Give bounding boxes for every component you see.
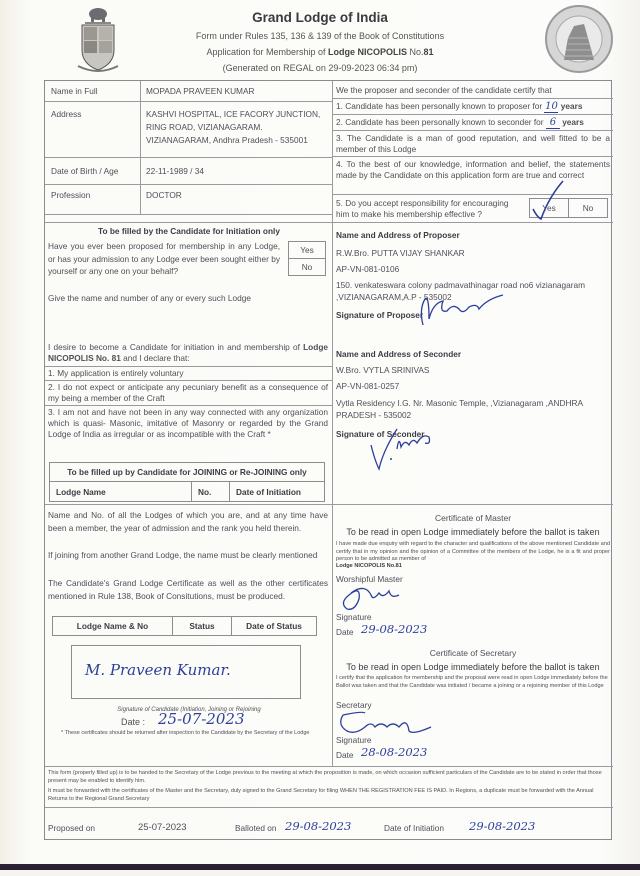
master-date-value: 29-08-2023 <box>361 622 427 636</box>
initiation-section: To be filled by the Candidate for Initia… <box>45 223 333 503</box>
date-of-initiation-label: Date of Initiation <box>384 823 444 834</box>
accept-no-option[interactable]: No <box>568 198 608 218</box>
regional-grand-lodge-seal-icon <box>544 4 614 74</box>
seconder-section: Name and Address of Seconder W.Bro. VYTL… <box>333 343 613 503</box>
secretary-signature <box>335 709 435 737</box>
declaration-intro: I desire to become a Candidate for initi… <box>48 342 328 364</box>
declaration-2: 2. I do not expect or anticipate any pec… <box>48 382 328 404</box>
seconder-address-2: PRADESH - 535002 <box>336 410 411 421</box>
balloted-on-value: 29-08-2023 <box>285 819 351 833</box>
proposer-years-value: 10 <box>544 101 558 113</box>
secretary-certificate: Certificate of Secretary To be read in o… <box>333 645 613 767</box>
lodges-col-date-status: Date of Status <box>231 616 317 636</box>
balloted-on-label: Balloted on <box>235 823 277 834</box>
give-lodge-name-label: Give the name and number of any or every… <box>48 293 251 304</box>
seconder-address-1: Vytla Residency I.G. Nr. Masonic Temple,… <box>336 398 583 409</box>
master-cert-subtitle: To be read in open Lodge immediately bef… <box>333 527 613 538</box>
candidate-details-table: Name in Full MOPADA PRAVEEN KUMAR Addres… <box>45 81 333 215</box>
proposer-signature-label: Signature of Proposer <box>336 310 423 321</box>
secretary-date-label: Date <box>336 750 354 761</box>
joining-table-heading: To be filled up by Candidate for JOINING… <box>49 462 325 482</box>
certify-item-3: 3. The Candidate is a man of good reputa… <box>336 133 610 155</box>
candidate-signature: M. Praveen Kumar. <box>85 661 231 679</box>
footer-note-1: This form (properly filled up) is to be … <box>48 770 610 785</box>
secretary-cert-subtitle: To be read in open Lodge immediately bef… <box>333 662 613 673</box>
master-cert-body: I have made due enquiry with regard to t… <box>336 541 610 564</box>
lodges-col-status: Status <box>172 616 232 636</box>
seconder-years-value: 6 <box>546 117 560 129</box>
lodges-para-3: The Candidate's Grand Lodge Certificate … <box>48 577 328 602</box>
certify-item-1: 1. Candidate has been personally known t… <box>336 101 612 113</box>
proposed-before-no[interactable]: No <box>288 258 326 276</box>
master-cert-title: Certificate of Master <box>333 513 613 524</box>
proposer-name: R.W.Bro. PUTTA VIJAY SHANKAR <box>336 248 465 259</box>
declaration-1: 1. My application is entirely voluntary <box>48 368 184 379</box>
address-label: Address <box>51 109 81 120</box>
candidate-name: MOPADA PRAVEEN KUMAR <box>146 86 255 97</box>
secretary-date-value: 28-08-2023 <box>361 745 427 759</box>
secretary-cert-title: Certificate of Secretary <box>333 648 613 659</box>
certification-section: We the proposer and seconder of the cand… <box>333 81 613 223</box>
name-label: Name in Full <box>51 86 98 97</box>
master-date-label: Date <box>336 627 354 638</box>
lodges-para-1: Name and No. of all the Lodges of which … <box>48 509 328 534</box>
candidate-date-value: 25-07-2023 <box>158 710 244 728</box>
lodges-col-lodge-name-no: Lodge Name & No <box>52 616 173 636</box>
address-line-2: RING ROAD, VIZIANAGARAM. <box>146 122 263 133</box>
certify-item-2: 2. Candidate has been personally known t… <box>336 117 612 129</box>
master-cert-lodge: Lodge NICOPOLIS No.81 <box>336 563 402 571</box>
profession-label: Profession <box>51 190 90 201</box>
application-form: Name in Full MOPADA PRAVEEN KUMAR Addres… <box>44 80 612 840</box>
address-line-3: VIZIANAGARAM, Andhra Pradesh - 535001 <box>146 135 308 146</box>
proposer-section: Name and Address of Proposer R.W.Bro. PU… <box>333 223 613 343</box>
lodges-section: Name and No. of all the Lodges of which … <box>45 505 333 767</box>
profession-value: DOCTOR <box>146 190 182 201</box>
certify-intro: We the proposer and seconder of the cand… <box>336 85 552 96</box>
master-signature <box>337 581 407 615</box>
certificates-note: * These certificates should be returned … <box>61 730 321 737</box>
initiation-question: Have you ever been proposed for membersh… <box>48 240 280 278</box>
initiation-heading: To be filled by the Candidate for Initia… <box>45 226 333 237</box>
lodges-para-2: If joining from another Grand Lodge, the… <box>48 549 328 562</box>
joining-col-date-initiation: Date of Initiation <box>229 481 325 502</box>
proposed-on-value: 25-07-2023 <box>138 822 187 833</box>
candidate-date-label: Date : <box>121 717 145 728</box>
dob-label: Date of Birth / Age <box>51 166 118 177</box>
proposer-heading: Name and Address of Proposer <box>336 230 460 241</box>
scan-edge <box>0 864 640 870</box>
proposed-on-label: Proposed on <box>48 823 95 834</box>
proposer-id: AP-VN-081-0106 <box>336 264 399 275</box>
proposer-signature <box>417 289 507 329</box>
certify-item-5: 5. Do you accept responsibility for enco… <box>336 198 516 220</box>
document-page: Grand Lodge of India Form under Rules 13… <box>0 0 640 870</box>
declaration-3: 3. I am not and have not been in any way… <box>48 407 328 440</box>
secretary-cert-body: I certify that the application for membe… <box>336 675 612 690</box>
proposed-before-yes[interactable]: Yes <box>288 241 326 259</box>
joining-col-lodge-name: Lodge Name <box>49 481 192 502</box>
header: Grand Lodge of India Form under Rules 13… <box>0 0 640 80</box>
footer-note-2: It must be forwarded with the certificat… <box>48 788 610 803</box>
seconder-signature <box>367 421 447 473</box>
joining-table: To be filled up by Candidate for JOINING… <box>49 462 325 502</box>
joining-col-no: No. <box>191 481 230 502</box>
address-line-1: KASHVI HOSPITAL, ICE FACORY JUNCTION, <box>146 109 320 120</box>
seconder-id: AP-VN-081-0257 <box>336 381 399 392</box>
master-certificate: Certificate of Master To be read in open… <box>333 505 613 645</box>
seconder-name: W.Bro. VYTLA SRINIVAS <box>336 365 429 376</box>
dob-value: 22-11-1989 / 34 <box>146 166 204 177</box>
seconder-heading: Name and Address of Seconder <box>336 349 461 360</box>
checkmark-icon <box>529 177 569 221</box>
date-of-initiation-value: 29-08-2023 <box>469 819 535 833</box>
